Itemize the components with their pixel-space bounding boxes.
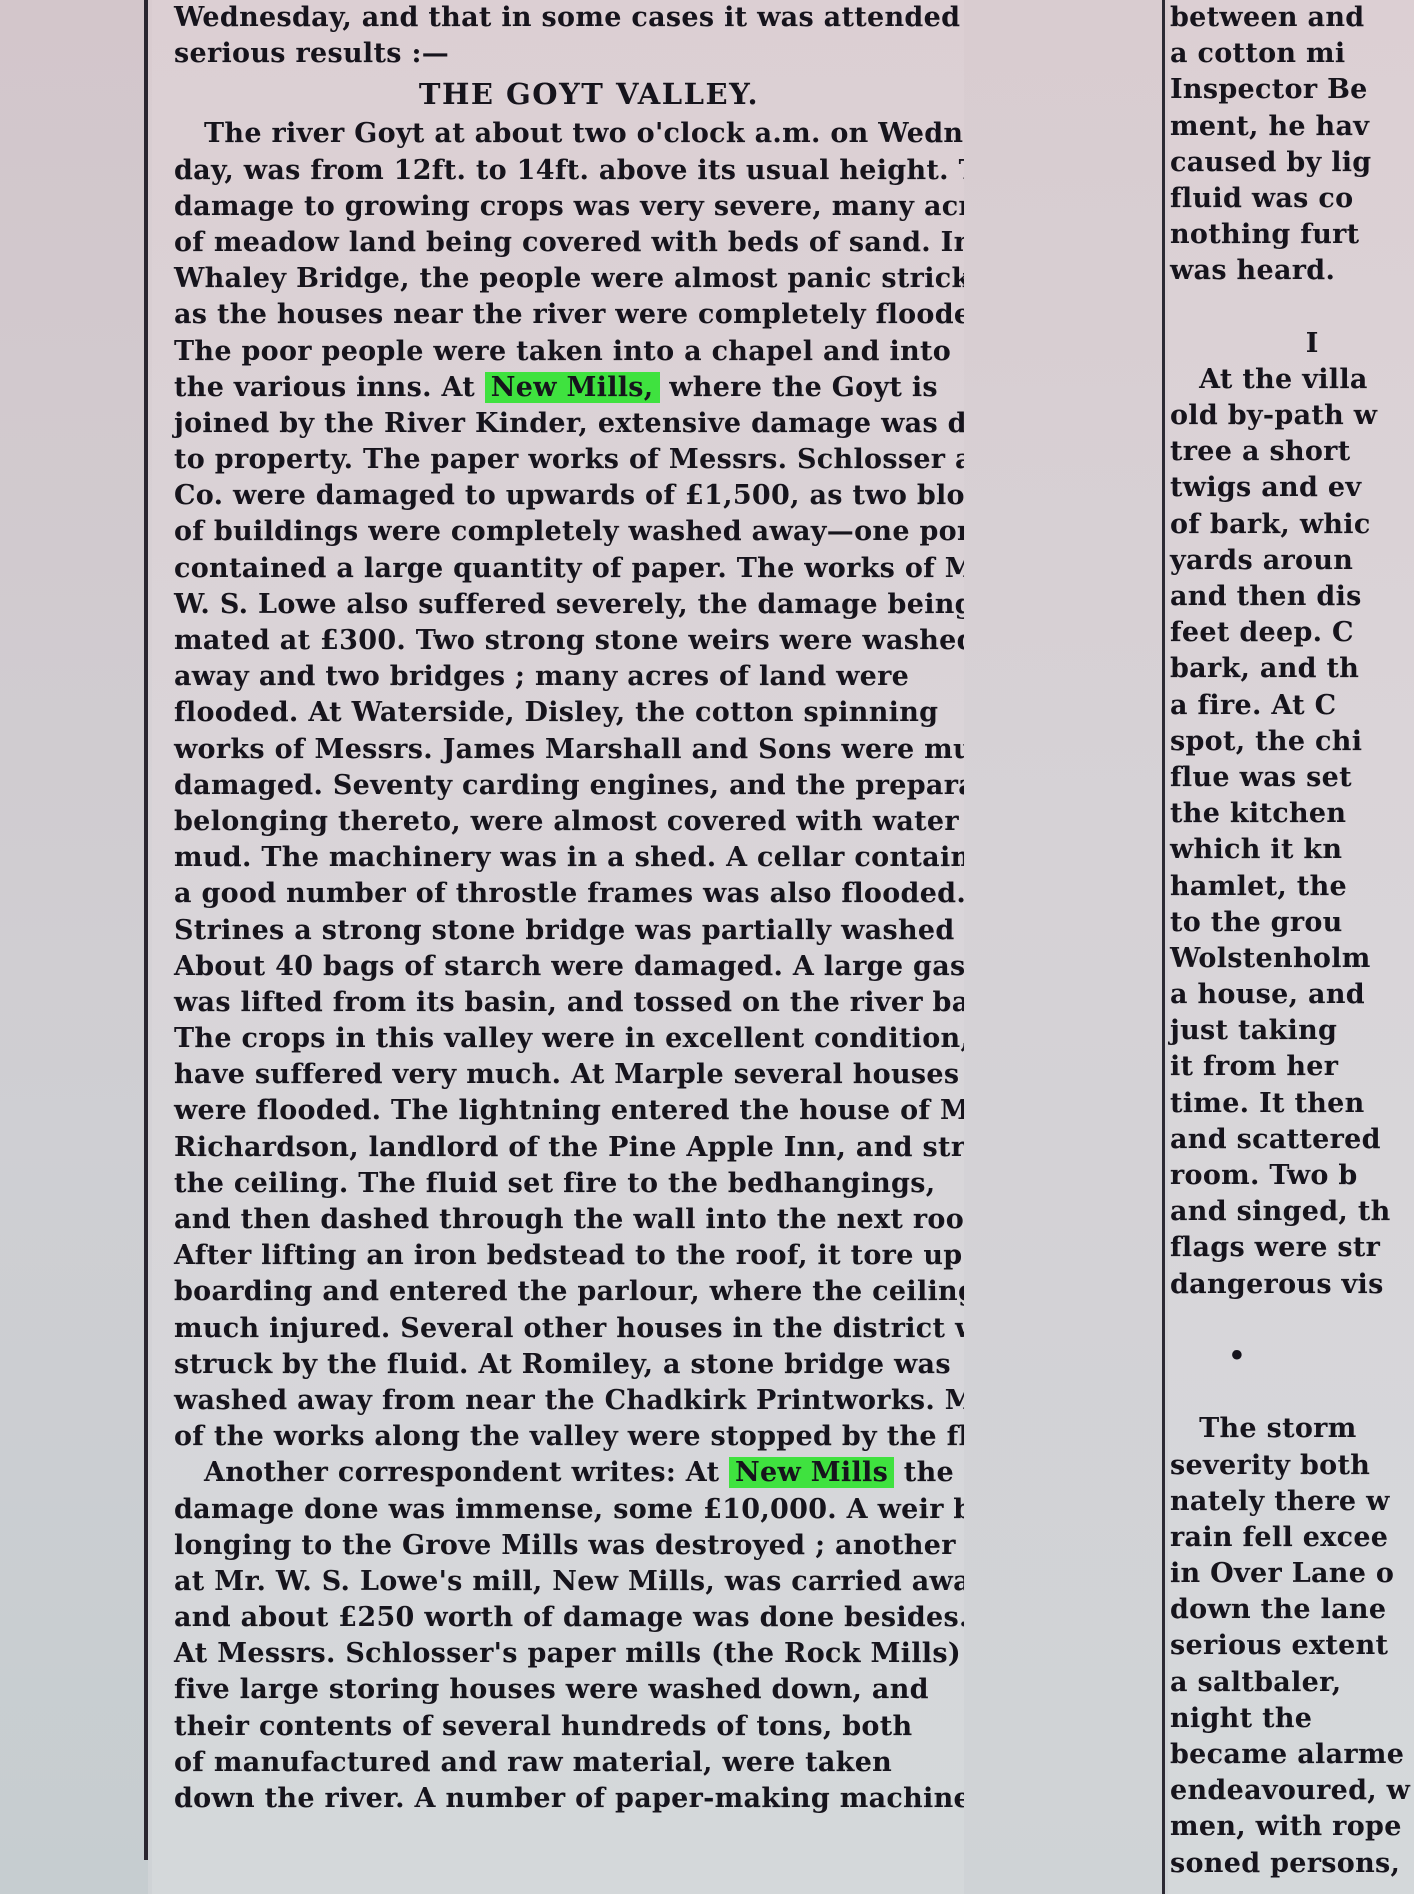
article-line: was lifted from its basin, and tossed on… (174, 985, 964, 1021)
line-text: and about £250 worth of damage was done … (174, 1602, 964, 1633)
article-line: The poor people were taken into a chapel… (174, 334, 964, 370)
article-line: Strines a strong stone bridge was partia… (174, 913, 964, 949)
adjacent-line: to the grou (1170, 905, 1414, 941)
line-text: mud. The machinery was in a shed. A cell… (174, 842, 964, 873)
adjacent-line: • (1170, 1339, 1414, 1375)
article-line: W. S. Lowe also suffered severely, the d… (174, 587, 964, 623)
adjacent-line: dangerous vis (1170, 1267, 1414, 1303)
line-text: Another correspondent writes: At (204, 1457, 729, 1488)
line-text: The crops in this valley were in excelle… (174, 1023, 964, 1054)
line-text: were flooded. The lightning entered the … (174, 1095, 964, 1126)
article-line: the various inns. At New Mills, where th… (174, 370, 964, 406)
line-text: belonging thereto, were almost covered w… (174, 806, 964, 837)
line-text: joined by the River Kinder, extensive da… (174, 408, 964, 439)
adjacent-line: it from her (1170, 1049, 1414, 1085)
line-text: at Mr. W. S. Lowe's mill, New Mills, was… (174, 1566, 964, 1597)
line-text: mated at £300. Two strong stone weirs we… (174, 625, 964, 656)
column-rule-right (1162, 0, 1165, 1894)
line-text: Richardson, landlord of the Pine Apple I… (174, 1132, 964, 1163)
article-line: Co. were damaged to upwards of £1,500, a… (174, 478, 964, 514)
article-line: away and two bridges ; many acres of lan… (174, 659, 964, 695)
adjacent-line: serious extent (1170, 1628, 1414, 1664)
line-text: of the works along the valley were stopp… (174, 1421, 964, 1452)
article-line: After lifting an iron bedstead to the ro… (174, 1238, 964, 1274)
adjacent-line: I (1170, 326, 1414, 362)
adjacent-line: fluid was co (1170, 181, 1414, 217)
adjacent-line: Wolstenholm (1170, 941, 1414, 977)
adjacent-line: severity both (1170, 1448, 1414, 1484)
adjacent-line: night the (1170, 1701, 1414, 1737)
line-text: where the Goyt is (660, 372, 938, 403)
line-text: much injured. Several other houses in th… (174, 1313, 964, 1344)
article-line: longing to the Grove Mills was destroyed… (174, 1528, 964, 1564)
adjacent-line: the kitchen (1170, 796, 1414, 832)
adjacent-line: nothing furt (1170, 217, 1414, 253)
line-text: longing to the Grove Mills was destroyed… (174, 1530, 964, 1561)
line-text: their contents of several hundreds of to… (174, 1711, 912, 1742)
article-line: works of Messrs. James Marshall and Sons… (174, 732, 964, 768)
adjacent-line (1170, 290, 1414, 326)
line-text: flooded. At Waterside, Disley, the cotto… (174, 697, 938, 728)
article-lines: The river Goyt at about two o'clock a.m.… (174, 116, 964, 1817)
line-text: the various inns. At (174, 372, 485, 403)
line-text: the ceiling. The fluid set fire to the b… (174, 1168, 935, 1199)
adjacent-line: hamlet, the (1170, 869, 1414, 905)
article-line: and about £250 worth of damage was done … (174, 1600, 964, 1636)
adjacent-line: was heard. (1170, 253, 1414, 289)
article-line: boarding and entered the parlour, where … (174, 1274, 964, 1310)
line-text: boarding and entered the parlour, where … (174, 1276, 964, 1307)
adjacent-line: twigs and ev (1170, 470, 1414, 506)
article-line: mated at £300. Two strong stone weirs we… (174, 623, 964, 659)
adjacent-line (1170, 1375, 1414, 1411)
line-text: At Messrs. Schlosser's paper mills (the … (174, 1638, 961, 1669)
adjacent-line: in Over Lane o (1170, 1556, 1414, 1592)
line-text: struck by the fluid. At Romiley, a stone… (174, 1349, 951, 1380)
article-body: Wednesday, and that in some cases it was… (174, 0, 964, 1817)
adjacent-article-column: between anda cotton miInspector Bement, … (1168, 0, 1414, 1894)
article-line: washed away from near the Chadkirk Print… (174, 1383, 964, 1419)
adjacent-line: bark, and th (1170, 651, 1414, 687)
article-line: five large storing houses were washed do… (174, 1672, 964, 1708)
line-text: washed away from near the Chadkirk Print… (174, 1385, 964, 1416)
adjacent-line: feet deep. C (1170, 615, 1414, 651)
line-text: of buildings were completely washed away… (174, 516, 964, 547)
line-text: was lifted from its basin, and tossed on… (174, 987, 964, 1018)
article-line: and then dashed through the wall into th… (174, 1202, 964, 1238)
adjacent-line (1170, 1303, 1414, 1339)
adjacent-line: and then dis (1170, 579, 1414, 615)
adjacent-line: endeavoured, w (1170, 1773, 1414, 1809)
adjacent-line: tree a short (1170, 434, 1414, 470)
article-line: their contents of several hundreds of to… (174, 1709, 964, 1745)
article-line: mud. The machinery was in a shed. A cell… (174, 840, 964, 876)
article-line: Whaley Bridge, the people were almost pa… (174, 261, 964, 297)
article-line: of the works along the valley were stopp… (174, 1419, 964, 1455)
line-text: Whaley Bridge, the people were almost pa… (174, 263, 964, 294)
adjacent-line: a house, and (1170, 977, 1414, 1013)
line-text: damaged. Seventy carding engines, and th… (174, 770, 964, 801)
article-heading: THE GOYT VALLEY. (174, 72, 964, 116)
line-text: The poor people were taken into a chapel… (174, 336, 951, 367)
search-highlight: New Mills, (485, 372, 660, 403)
article-line: The crops in this valley were in excelle… (174, 1021, 964, 1057)
article-line: At Messrs. Schlosser's paper mills (the … (174, 1636, 964, 1672)
line-text: and then dashed through the wall into th… (174, 1204, 964, 1235)
line-text: Co. were damaged to upwards of £1,500, a… (174, 480, 964, 511)
article-line: of buildings were completely washed away… (174, 514, 964, 550)
adjacent-line: rain fell excee (1170, 1520, 1414, 1556)
adjacent-line: caused by lig (1170, 145, 1414, 181)
line-text: contained a large quantity of paper. The… (174, 553, 964, 584)
adjacent-line: down the lane (1170, 1592, 1414, 1628)
article-column-goyt-valley: Wednesday, and that in some cases it was… (152, 0, 964, 1894)
line-text: of manufactured and raw material, were t… (174, 1747, 892, 1778)
adjacent-line: a fire. At C (1170, 688, 1414, 724)
article-line: much injured. Several other houses in th… (174, 1311, 964, 1347)
article-line: damage done was immense, some £10,000. A… (174, 1492, 964, 1528)
article-line: to property. The paper works of Messrs. … (174, 442, 964, 478)
adjacent-line: flue was set (1170, 760, 1414, 796)
line-text: to property. The paper works of Messrs. … (174, 444, 964, 475)
article-line: contained a large quantity of paper. The… (174, 551, 964, 587)
adjacent-line: which it kn (1170, 832, 1414, 868)
article-line: flooded. At Waterside, Disley, the cotto… (174, 695, 964, 731)
line-text: damage done was immense, some £10,000. A… (174, 1494, 964, 1525)
line-text: W. S. Lowe also suffered severely, the d… (174, 589, 964, 620)
adjacent-line: a cotton mi (1170, 36, 1414, 72)
intro-line: serious results :— (174, 36, 964, 72)
adjacent-line: and singed, th (1170, 1194, 1414, 1230)
adjacent-line: time. It then (1170, 1086, 1414, 1122)
line-text: as the houses near the river were comple… (174, 299, 964, 330)
line-text: down the river. A number of paper-making… (174, 1783, 964, 1814)
adjacent-line: just taking (1170, 1013, 1414, 1049)
article-line: The river Goyt at about two o'clock a.m.… (174, 116, 964, 152)
article-line: down the river. A number of paper-making… (174, 1781, 964, 1817)
article-line: as the houses near the river were comple… (174, 297, 964, 333)
article-line: damaged. Seventy carding engines, and th… (174, 768, 964, 804)
article-line: were flooded. The lightning entered the … (174, 1093, 964, 1129)
article-line: belonging thereto, were almost covered w… (174, 804, 964, 840)
line-text: the (894, 1457, 954, 1488)
article-line: Another correspondent writes: At New Mil… (174, 1455, 964, 1491)
line-text: damage to growing crops was very severe,… (174, 191, 964, 222)
line-text: works of Messrs. James Marshall and Sons… (174, 734, 964, 765)
line-text: day, was from 12ft. to 14ft. above its u… (174, 155, 964, 186)
adjacent-line: soned persons, (1170, 1846, 1414, 1882)
line-text: After lifting an iron bedstead to the ro… (174, 1240, 964, 1271)
adjacent-line: became alarme (1170, 1737, 1414, 1773)
article-line: day, was from 12ft. to 14ft. above its u… (174, 153, 964, 189)
adjacent-line: ment, he hav (1170, 109, 1414, 145)
line-text: of meadow land being covered with beds o… (174, 227, 964, 258)
adjacent-line: spot, the chi (1170, 724, 1414, 760)
adjacent-line: old by-path w (1170, 398, 1414, 434)
adjacent-line: At the villa (1170, 362, 1414, 398)
article-line: About 40 bags of starch were damaged. A … (174, 949, 964, 985)
adjacent-line: nately there w (1170, 1484, 1414, 1520)
column-rule-left (144, 0, 148, 1860)
article-line: at Mr. W. S. Lowe's mill, New Mills, was… (174, 1564, 964, 1600)
adjacent-line: yards aroun (1170, 543, 1414, 579)
adjacent-line: men, with rope (1170, 1809, 1414, 1845)
line-text: a good number of throstle frames was als… (174, 878, 964, 909)
article-line: joined by the River Kinder, extensive da… (174, 406, 964, 442)
line-text: away and two bridges ; many acres of lan… (174, 661, 909, 692)
article-line: damage to growing crops was very severe,… (174, 189, 964, 225)
line-text: have suffered very much. At Marple sever… (174, 1059, 959, 1090)
article-line: of manufactured and raw material, were t… (174, 1745, 964, 1781)
search-highlight: New Mills (729, 1457, 894, 1488)
adjacent-line: a saltbaler, (1170, 1665, 1414, 1701)
line-text: Strines a strong stone bridge was partia… (174, 915, 964, 946)
intro-line: Wednesday, and that in some cases it was… (174, 0, 964, 36)
line-text: five large storing houses were washed do… (174, 1674, 929, 1705)
article-line: Richardson, landlord of the Pine Apple I… (174, 1130, 964, 1166)
adjacent-line: between and (1170, 0, 1414, 36)
line-text: The river Goyt at about two o'clock a.m.… (204, 118, 964, 149)
article-line: struck by the fluid. At Romiley, a stone… (174, 1347, 964, 1383)
line-text: About 40 bags of starch were damaged. A … (174, 951, 964, 982)
article-line: a good number of throstle frames was als… (174, 876, 964, 912)
page-margin (0, 0, 148, 1894)
adjacent-line: flags were str (1170, 1230, 1414, 1266)
article-line: have suffered very much. At Marple sever… (174, 1057, 964, 1093)
adjacent-line: of bark, whic (1170, 507, 1414, 543)
adjacent-article-body: between anda cotton miInspector Bement, … (1170, 0, 1414, 1882)
adjacent-line: The storm (1170, 1411, 1414, 1447)
adjacent-line: and scattered (1170, 1122, 1414, 1158)
adjacent-line: room. Two b (1170, 1158, 1414, 1194)
adjacent-line: Inspector Be (1170, 72, 1414, 108)
article-line: the ceiling. The fluid set fire to the b… (174, 1166, 964, 1202)
article-line: of meadow land being covered with beds o… (174, 225, 964, 261)
